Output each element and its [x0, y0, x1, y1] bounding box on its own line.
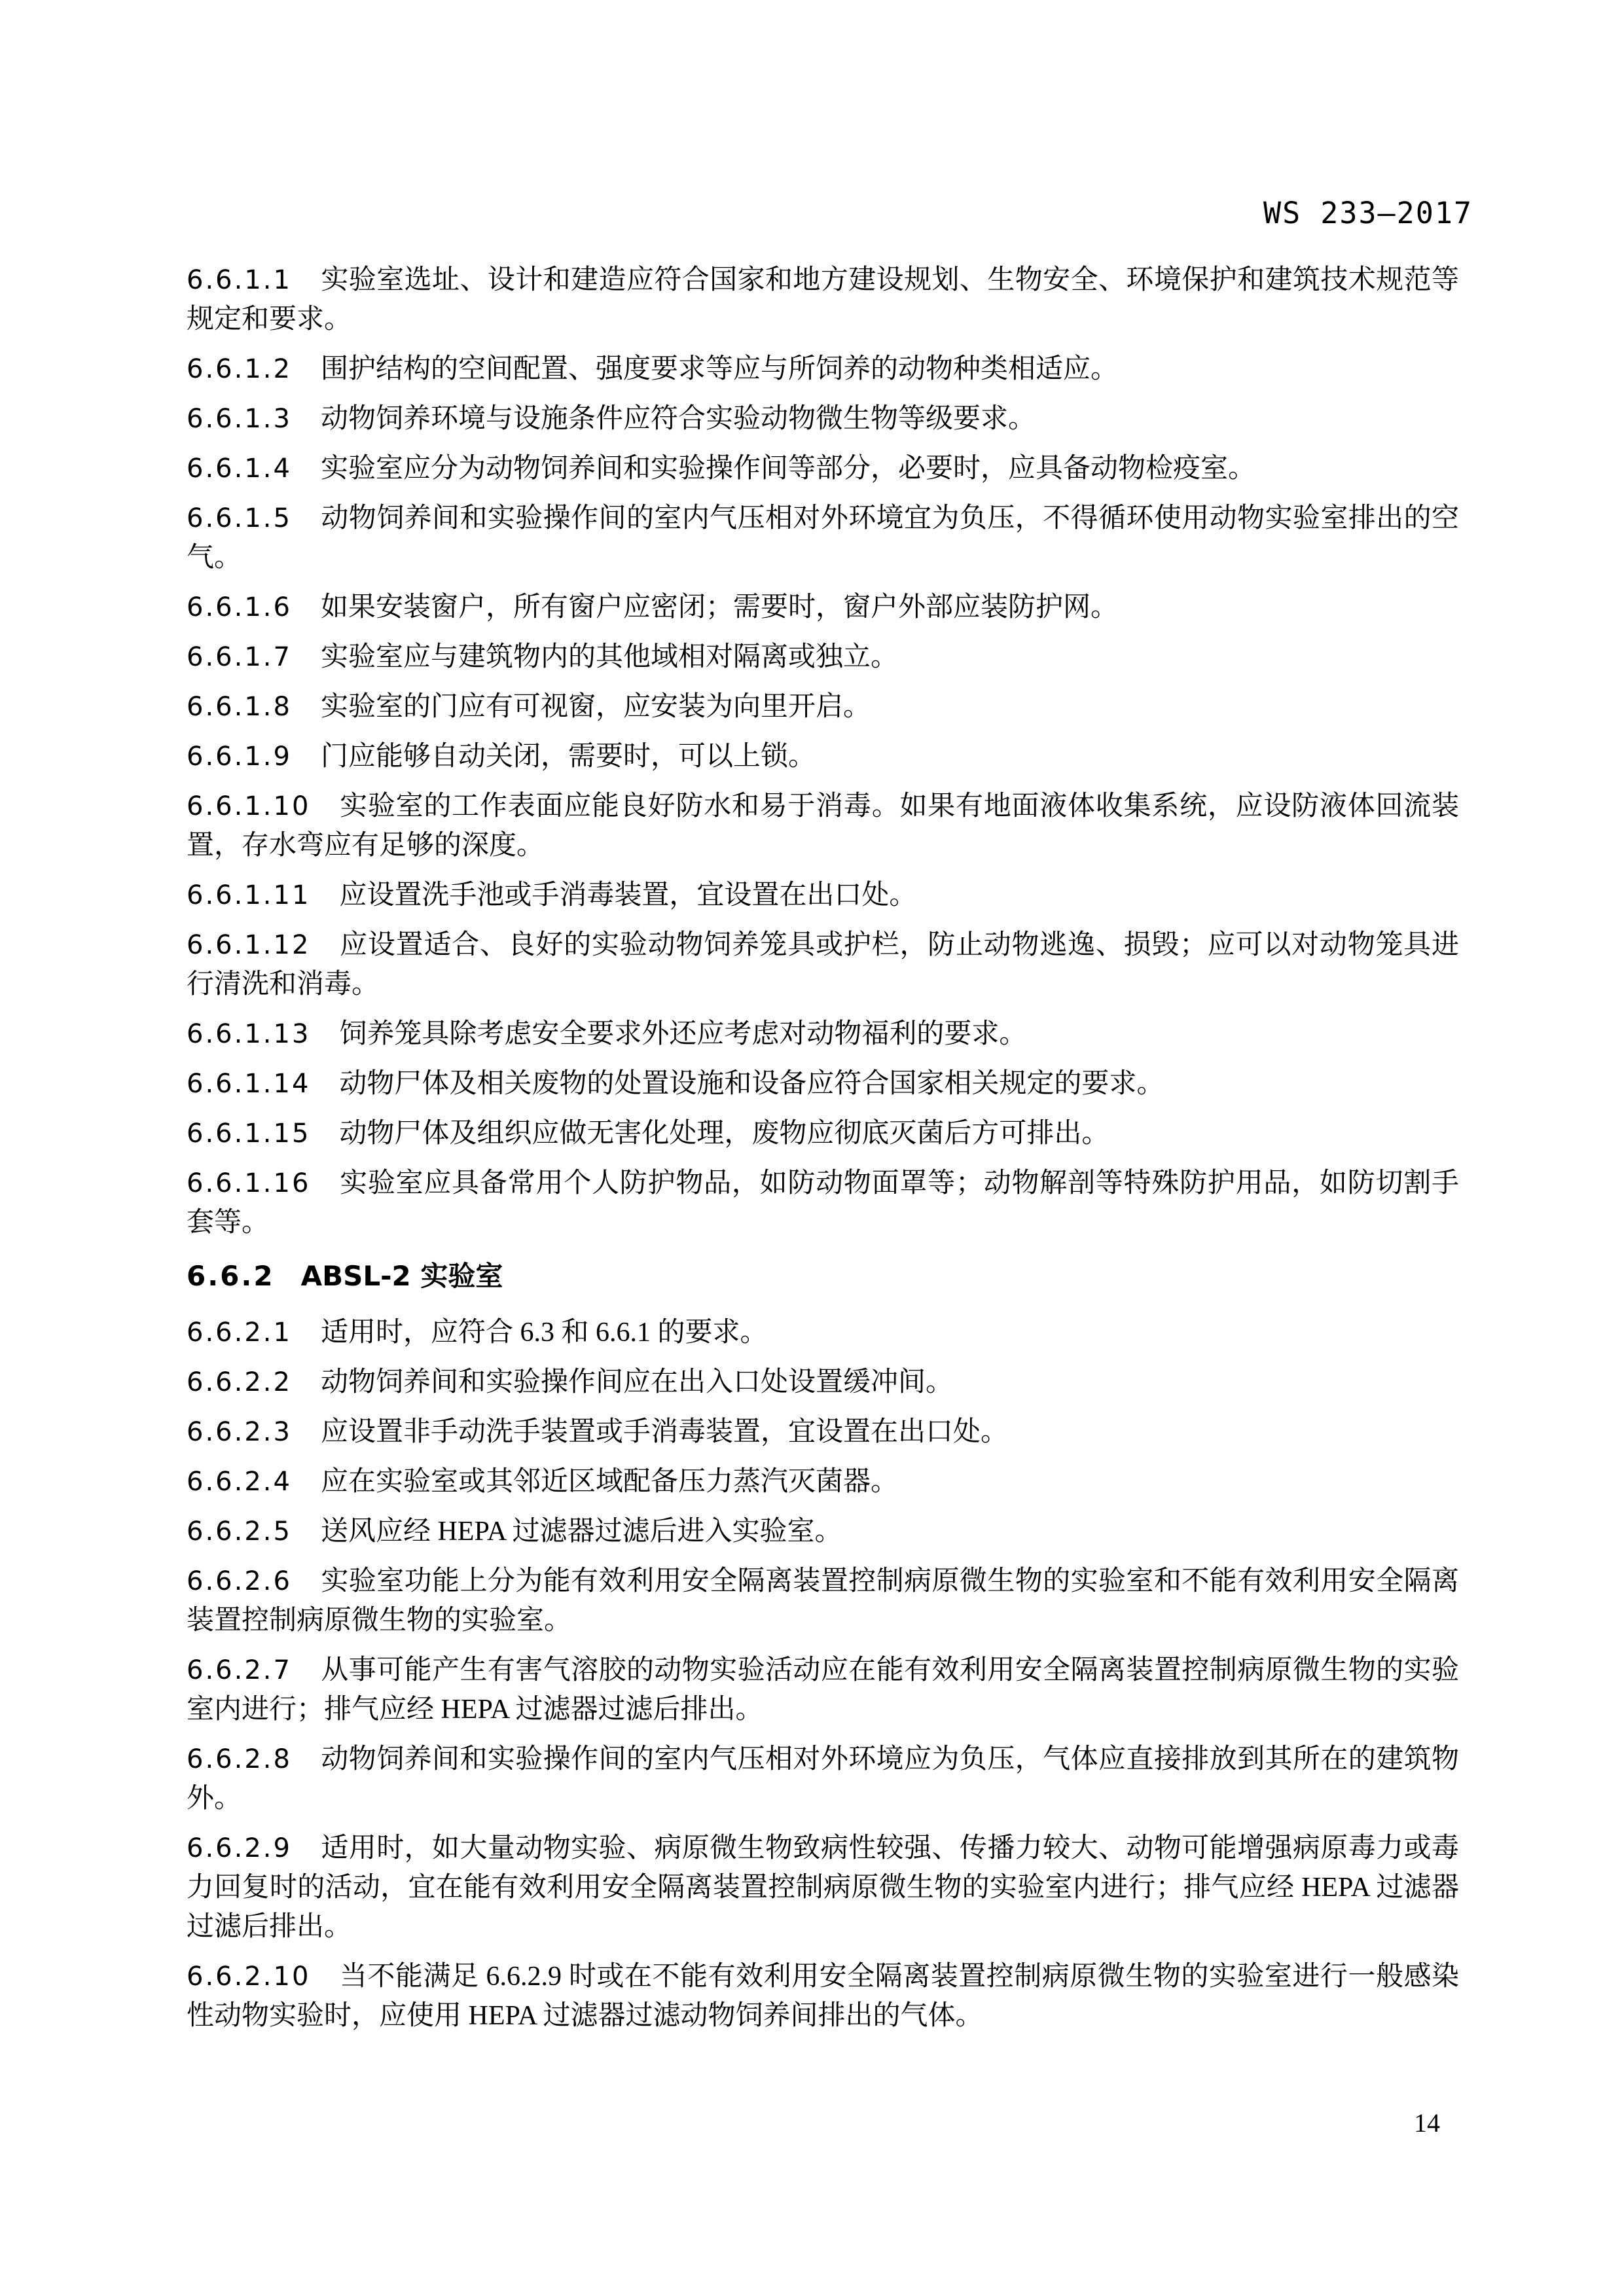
clause-number: 6.6.2.1	[187, 1318, 321, 1348]
clause-text: 适用时，应符合 6.3 和 6.6.1 的要求。	[321, 1318, 768, 1348]
clause-paragraph: 6.6.1.8实验室的门应有可视窗，应安装为向里开启。	[187, 687, 1459, 726]
clause-paragraph: 6.6.2.6实验室功能上分为能有效利用安全隔离装置控制病原微生物的实验室和不能…	[187, 1562, 1459, 1640]
clause-text: 实验室功能上分为能有效利用安全隔离装置控制病原微生物的实验室和不能有效利用安全隔…	[187, 1566, 1459, 1636]
clause-text: 动物尸体及相关废物的处置设施和设备应符合国家相关规定的要求。	[339, 1069, 1164, 1099]
clause-number: 6.6.1.14	[187, 1069, 339, 1099]
clause-number: 6.6.2.3	[187, 1417, 321, 1447]
clause-text: 实验室应与建筑物内的其他域相对隔离或独立。	[321, 642, 898, 672]
clause-paragraph: 6.6.1.4实验室应分为动物饲养间和实验操作间等部分，必要时，应具备动物检疫室…	[187, 449, 1459, 488]
clause-paragraph: 6.6.1.5动物饲养间和实验操作间的室内气压相对外环境宜为负压，不得循环使用动…	[187, 499, 1459, 577]
clause-text: 实验室选址、设计和建造应符合国家和地方建设规划、生物安全、环境保护和建筑技术规范…	[187, 265, 1459, 334]
clause-number: 6.6.2.5	[187, 1516, 321, 1547]
clause-text: 动物饲养间和实验操作间的室内气压相对外环境应为负压，气体应直接排放到其所在的建筑…	[187, 1744, 1459, 1814]
clause-paragraph: 6.6.2.1适用时，应符合 6.3 和 6.6.1 的要求。	[187, 1313, 1459, 1352]
clause-paragraph: 6.6.2.4应在实验室或其邻近区域配备压力蒸汽灭菌器。	[187, 1462, 1459, 1501]
clause-number: 6.6.1.16	[187, 1168, 339, 1198]
clause-number: 6.6.1.8	[187, 692, 321, 722]
clause-paragraph: 6.6.2.9适用时，如大量动物实验、病原微生物致病性较强、传播力较大、动物可能…	[187, 1829, 1459, 1946]
clause-number: 6.6.1.3	[187, 404, 321, 434]
clause-text: 如果安装窗户，所有窗户应密闭；需要时，窗户外部应装防护网。	[321, 592, 1118, 622]
page-number: 14	[1414, 2109, 1440, 2138]
clause-text: 饲养笼具除考虑安全要求外还应考虑对动物福利的要求。	[339, 1019, 1026, 1049]
clause-number: 6.6.2.6	[187, 1566, 321, 1596]
section-heading-text: ABSL-2 实验室	[301, 1260, 503, 1292]
clause-text: 实验室的工作表面应能良好防水和易于消毒。如果有地面液体收集系统，应设防液体回流装…	[187, 791, 1459, 861]
clause-number: 6.6.1.1	[187, 265, 321, 295]
clause-text: 应设置洗手池或手消毒装置，宜设置在出口处。	[339, 880, 916, 910]
clause-number: 6.6.1.11	[187, 880, 339, 910]
clause-number: 6.6.1.5	[187, 503, 321, 533]
clause-paragraph: 6.6.1.16实验室应具备常用个人防护物品，如防动物面罩等；动物解剖等特殊防护…	[187, 1164, 1459, 1242]
clause-number: 6.6.2.7	[187, 1655, 321, 1685]
clause-text: 适用时，如大量动物实验、病原微生物致病性较强、传播力较大、动物可能增强病原毒力或…	[187, 1833, 1459, 1942]
clause-text: 应设置非手动洗手装置或手消毒装置，宜设置在出口处。	[321, 1417, 1008, 1447]
clause-text: 实验室的门应有可视窗，应安装为向里开启。	[321, 692, 871, 722]
clause-number: 6.6.1.6	[187, 592, 321, 622]
clause-paragraph: 6.6.1.9门应能够自动关闭，需要时，可以上锁。	[187, 737, 1459, 776]
clause-number: 6.6.2.10	[187, 1962, 339, 1992]
clause-paragraph: 6.6.1.13饲养笼具除考虑安全要求外还应考虑对动物福利的要求。	[187, 1014, 1459, 1054]
clause-number: 6.6.1.4	[187, 454, 321, 484]
clause-text: 应在实验室或其邻近区域配备压力蒸汽灭菌器。	[321, 1467, 898, 1497]
clause-number: 6.6.2	[187, 1260, 301, 1292]
clause-number: 6.6.1.13	[187, 1019, 339, 1049]
clause-paragraph: 6.6.1.11应设置洗手池或手消毒装置，宜设置在出口处。	[187, 876, 1459, 915]
clause-paragraph: 6.6.1.14动物尸体及相关废物的处置设施和设备应符合国家相关规定的要求。	[187, 1064, 1459, 1103]
clause-text: 从事可能产生有害气溶胶的动物实验活动应在能有效利用安全隔离装置控制病原微生物的实…	[187, 1655, 1459, 1725]
clause-text: 动物饲养间和实验操作间的室内气压相对外环境宜为负压，不得循环使用动物实验室排出的…	[187, 503, 1459, 573]
clause-number: 6.6.2.9	[187, 1833, 321, 1863]
section-heading: 6.6.2ABSL-2 实验室	[187, 1257, 1459, 1296]
clause-number: 6.6.1.15	[187, 1119, 339, 1149]
clause-paragraph: 6.6.1.10实验室的工作表面应能良好防水和易于消毒。如果有地面液体收集系统，…	[187, 787, 1459, 865]
document-page: WS 233—2017 6.6.1.1实验室选址、设计和建造应符合国家和地方建设…	[0, 0, 1624, 2296]
clause-text: 门应能够自动关闭，需要时，可以上锁。	[321, 742, 816, 772]
clause-text: 围护结构的空间配置、强度要求等应与所饲养的动物种类相适应。	[321, 354, 1118, 384]
clause-number: 6.6.1.10	[187, 791, 339, 821]
clause-paragraph: 6.6.2.10当不能满足 6.6.2.9 时或在不能有效利用安全隔离装置控制病…	[187, 1957, 1459, 2036]
clause-paragraph: 6.6.1.6如果安装窗户，所有窗户应密闭；需要时，窗户外部应装防护网。	[187, 588, 1459, 627]
clause-paragraph: 6.6.2.3应设置非手动洗手装置或手消毒装置，宜设置在出口处。	[187, 1412, 1459, 1452]
clause-paragraph: 6.6.2.5送风应经 HEPA 过滤器过滤后进入实验室。	[187, 1512, 1459, 1551]
clause-text: 实验室应具备常用个人防护物品，如防动物面罩等；动物解剖等特殊防护用品，如防切割手…	[187, 1168, 1459, 1238]
clause-paragraph: 6.6.1.12应设置适合、良好的实验动物饲养笼具或护栏，防止动物逃逸、损毁；应…	[187, 925, 1459, 1004]
clause-text: 动物饲养间和实验操作间应在出入口处设置缓冲间。	[321, 1367, 953, 1397]
clause-paragraph: 6.6.1.7实验室应与建筑物内的其他域相对隔离或独立。	[187, 637, 1459, 677]
clause-text: 动物尸体及组织应做无害化处理，废物应彻底灭菌后方可排出。	[339, 1119, 1109, 1149]
clause-number: 6.6.1.9	[187, 742, 321, 772]
clause-text: 实验室应分为动物饲养间和实验操作间等部分，必要时，应具备动物检疫室。	[321, 454, 1255, 484]
clause-paragraph: 6.6.1.1实验室选址、设计和建造应符合国家和地方建设规划、生物安全、环境保护…	[187, 260, 1459, 339]
clause-text: 应设置适合、良好的实验动物饲养笼具或护栏，防止动物逃逸、损毁；应可以对动物笼具进…	[187, 930, 1459, 999]
clause-paragraph: 6.6.2.8动物饲养间和实验操作间的室内气压相对外环境应为负压，气体应直接排放…	[187, 1740, 1459, 1818]
clause-paragraph: 6.6.2.7从事可能产生有害气溶胶的动物实验活动应在能有效利用安全隔离装置控制…	[187, 1651, 1459, 1729]
clause-number: 6.6.1.2	[187, 354, 321, 384]
clause-paragraph: 6.6.2.2动物饲养间和实验操作间应在出入口处设置缓冲间。	[187, 1363, 1459, 1402]
standard-number-header: WS 233—2017	[1263, 198, 1473, 228]
clause-number: 6.6.2.8	[187, 1744, 321, 1774]
clause-number: 6.6.2.2	[187, 1367, 321, 1397]
clause-number: 6.6.1.12	[187, 930, 339, 960]
clause-paragraph: 6.6.1.3动物饲养环境与设施条件应符合实验动物微生物等级要求。	[187, 399, 1459, 439]
clause-text: 动物饲养环境与设施条件应符合实验动物微生物等级要求。	[321, 404, 1036, 434]
document-body: 6.6.1.1实验室选址、设计和建造应符合国家和地方建设规划、生物安全、环境保护…	[187, 260, 1459, 2046]
clause-paragraph: 6.6.1.2围护结构的空间配置、强度要求等应与所饲养的动物种类相适应。	[187, 350, 1459, 389]
clause-number: 6.6.2.4	[187, 1467, 321, 1497]
clause-paragraph: 6.6.1.15动物尸体及组织应做无害化处理，废物应彻底灭菌后方可排出。	[187, 1114, 1459, 1153]
clause-text: 当不能满足 6.6.2.9 时或在不能有效利用安全隔离装置控制病原微生物的实验室…	[187, 1962, 1459, 2031]
clause-number: 6.6.1.7	[187, 642, 321, 672]
clause-text: 送风应经 HEPA 过滤器过滤后进入实验室。	[321, 1516, 842, 1547]
